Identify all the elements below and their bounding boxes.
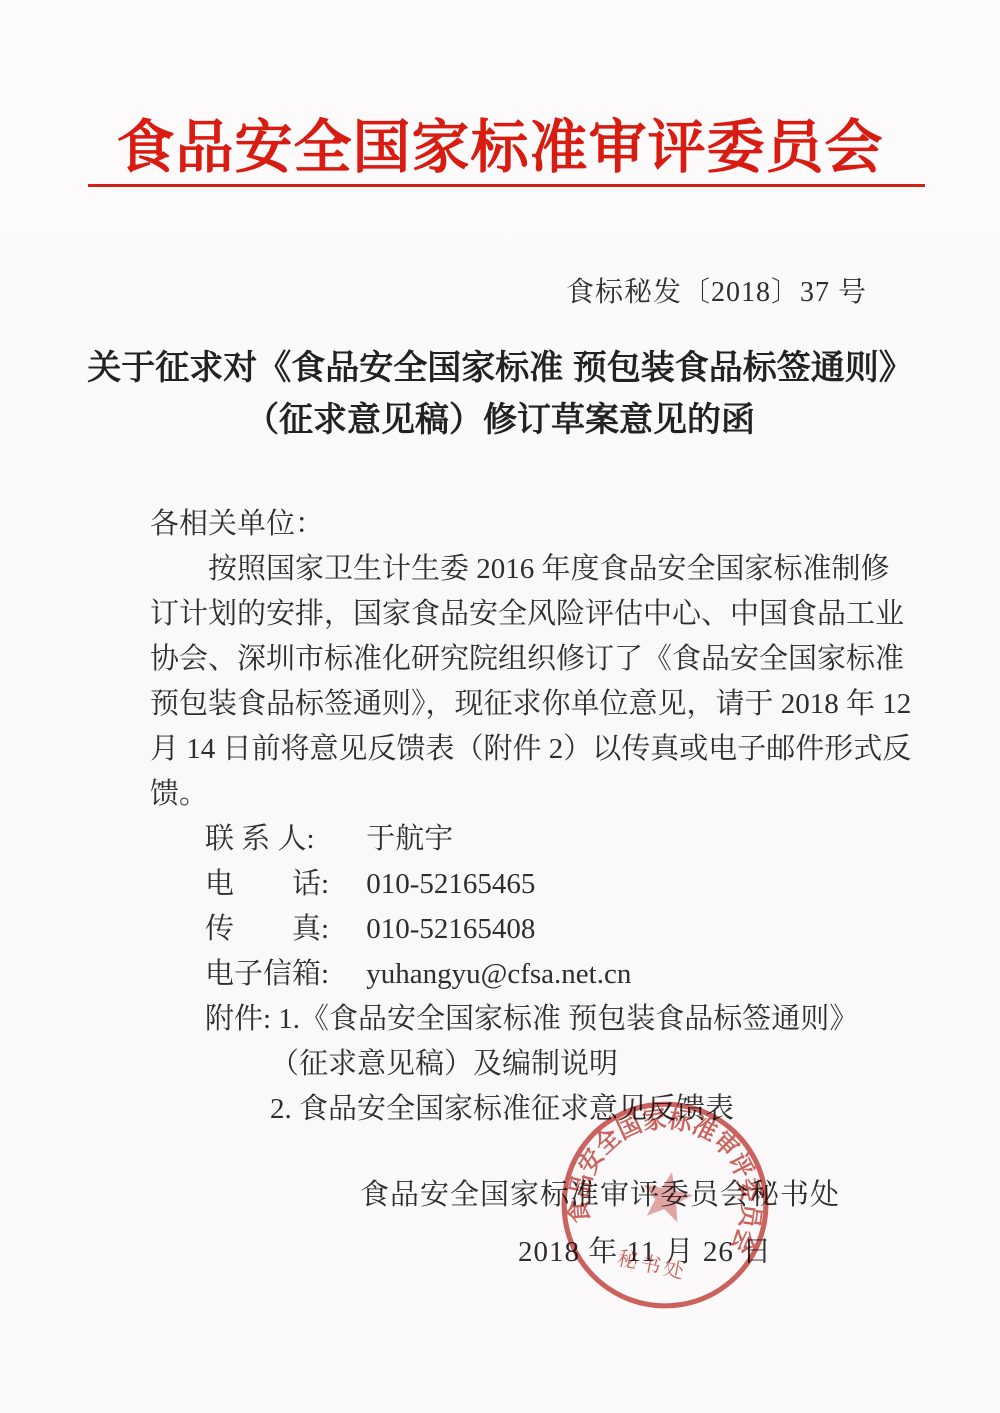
paragraph-line: 按照国家卫生计生委 2016 年度食品安全国家标准制修 <box>150 547 882 592</box>
paragraph-line: 月 14 日前将意见反馈表（附件 2）以传真或电子邮件形式反 <box>150 727 882 772</box>
attachment-line-1: 附件: 1.《食品安全国家标准 预包装食品标签通则》 <box>150 997 882 1042</box>
contact-phone-value: 010-52165465 <box>366 862 535 907</box>
contact-fax-value: 010-52165408 <box>366 907 535 952</box>
seal-star-icon <box>637 1167 696 1224</box>
contact-fax-label: 传 真: <box>205 907 353 952</box>
scanned-letter-page: 食品安全国家标准审评委员会 食标秘发〔2018〕37 号 关于征求对《食品安全国… <box>0 0 1000 1413</box>
document-number: 食标秘发〔2018〕37 号 <box>566 270 867 310</box>
contact-person-row: 联 系 人: 于航宇 <box>150 817 882 862</box>
paragraph-line: 协会、深圳市标准化研究院组织修订了《食品安全国家标准 <box>150 637 882 682</box>
contact-phone-label: 电 话: <box>205 862 353 907</box>
contact-email-value: yuhangyu@cfsa.net.cn <box>366 952 631 997</box>
letterhead-divider <box>88 184 925 187</box>
letter-body: 各相关单位： 按照国家卫生计生委 2016 年度食品安全国家标准制修 订计划的安… <box>150 502 882 1132</box>
contact-person-label: 联 系 人: <box>205 817 353 862</box>
paragraph-line: 订计划的安排，国家食品安全风险评估中心、中国食品工业 <box>150 592 882 637</box>
contact-phone-row: 电 话: 010-52165465 <box>150 862 882 907</box>
letterhead-title: 食品安全国家标准审评委员会 <box>0 100 1000 184</box>
contact-email-row: 电子信箱: yuhangyu@cfsa.net.cn <box>150 952 882 997</box>
document-title: 关于征求对《食品安全国家标准 预包装食品标签通则》 （征求意见稿）修订草案意见的… <box>0 342 1000 446</box>
contact-email-label: 电子信箱: <box>205 952 353 997</box>
official-seal-graphic: 食品安全国家标准审评委员会 秘书处 <box>536 1076 795 1335</box>
attachment-line-2: （征求意见稿）及编制说明 <box>150 1042 882 1087</box>
salutation: 各相关单位： <box>150 502 882 547</box>
document-title-line2: （征求意见稿）修订草案意见的函 <box>0 394 1000 446</box>
contact-fax-row: 传 真: 010-52165408 <box>150 907 882 952</box>
official-seal: 食品安全国家标准审评委员会 秘书处 <box>536 1076 795 1335</box>
document-title-line1: 关于征求对《食品安全国家标准 预包装食品标签通则》 <box>0 342 1000 394</box>
seal-bottom-text: 秘书处 <box>615 1247 688 1284</box>
paragraph-line: 预包装食品标签通则》，现征求你单位意见，请于 2018 年 12 <box>150 682 882 727</box>
contact-person-value: 于航宇 <box>366 817 453 862</box>
paragraph-line: 馈。 <box>150 772 882 817</box>
